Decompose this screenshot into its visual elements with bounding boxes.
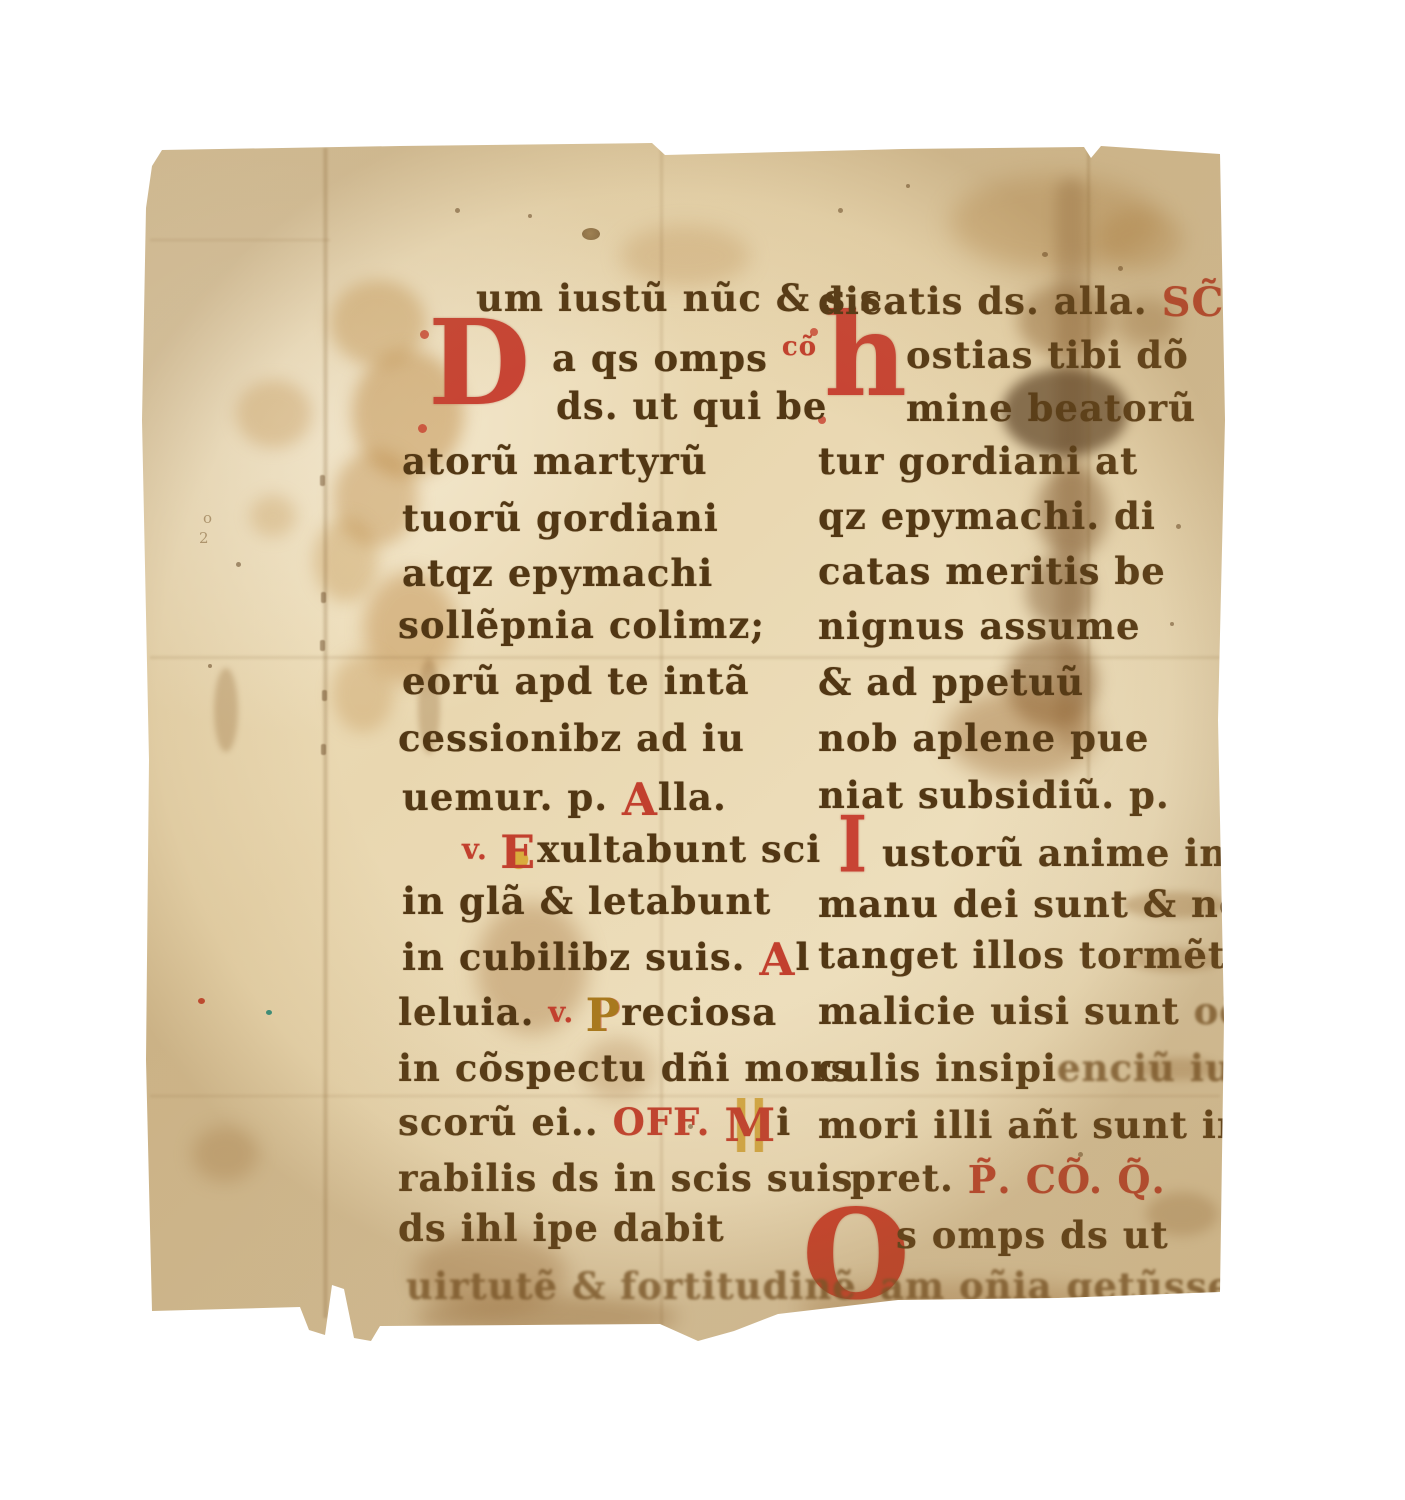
manuscript-leaf: o 2 D h I O um iustũ nũc & s.s. a qs omp… [0, 0, 1405, 1500]
faded-text-segment: isi t̃ [1245, 882, 1343, 926]
rubric-communio-mark: c̃ [1241, 826, 1261, 864]
edge-shading [140, 140, 1230, 1350]
photograph-background: o 2 D h I O um iustũ nũc & s.s. a qs omp… [0, 0, 1405, 1500]
faded-text-segment: ri [1226, 933, 1275, 977]
